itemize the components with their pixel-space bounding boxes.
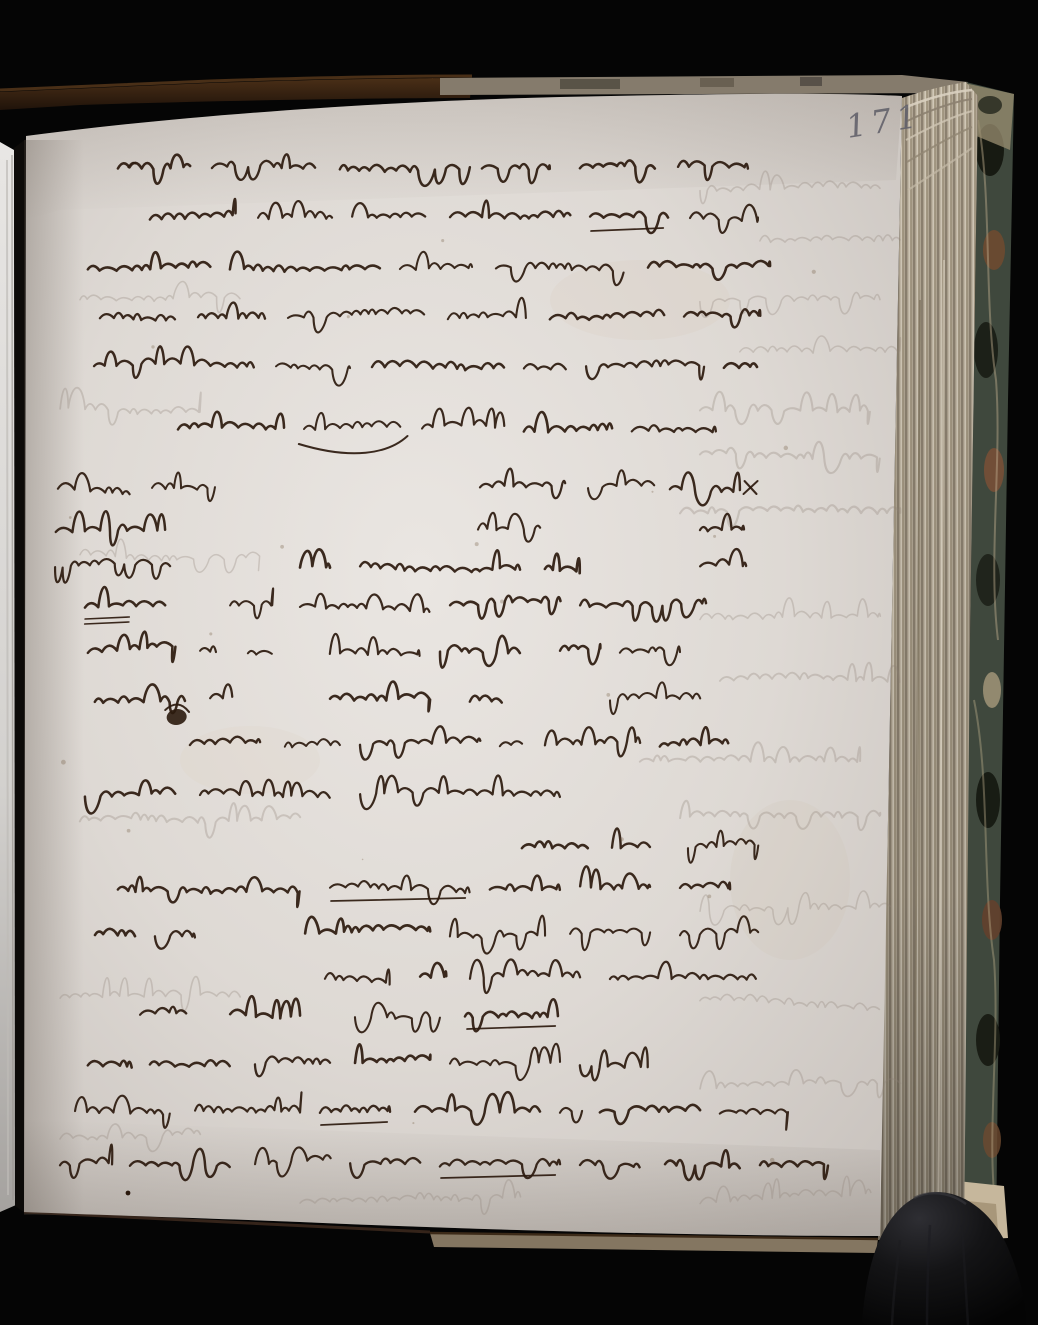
- facing-page-edge: [0, 138, 27, 1213]
- manuscript-photo: 171: [0, 0, 1038, 1325]
